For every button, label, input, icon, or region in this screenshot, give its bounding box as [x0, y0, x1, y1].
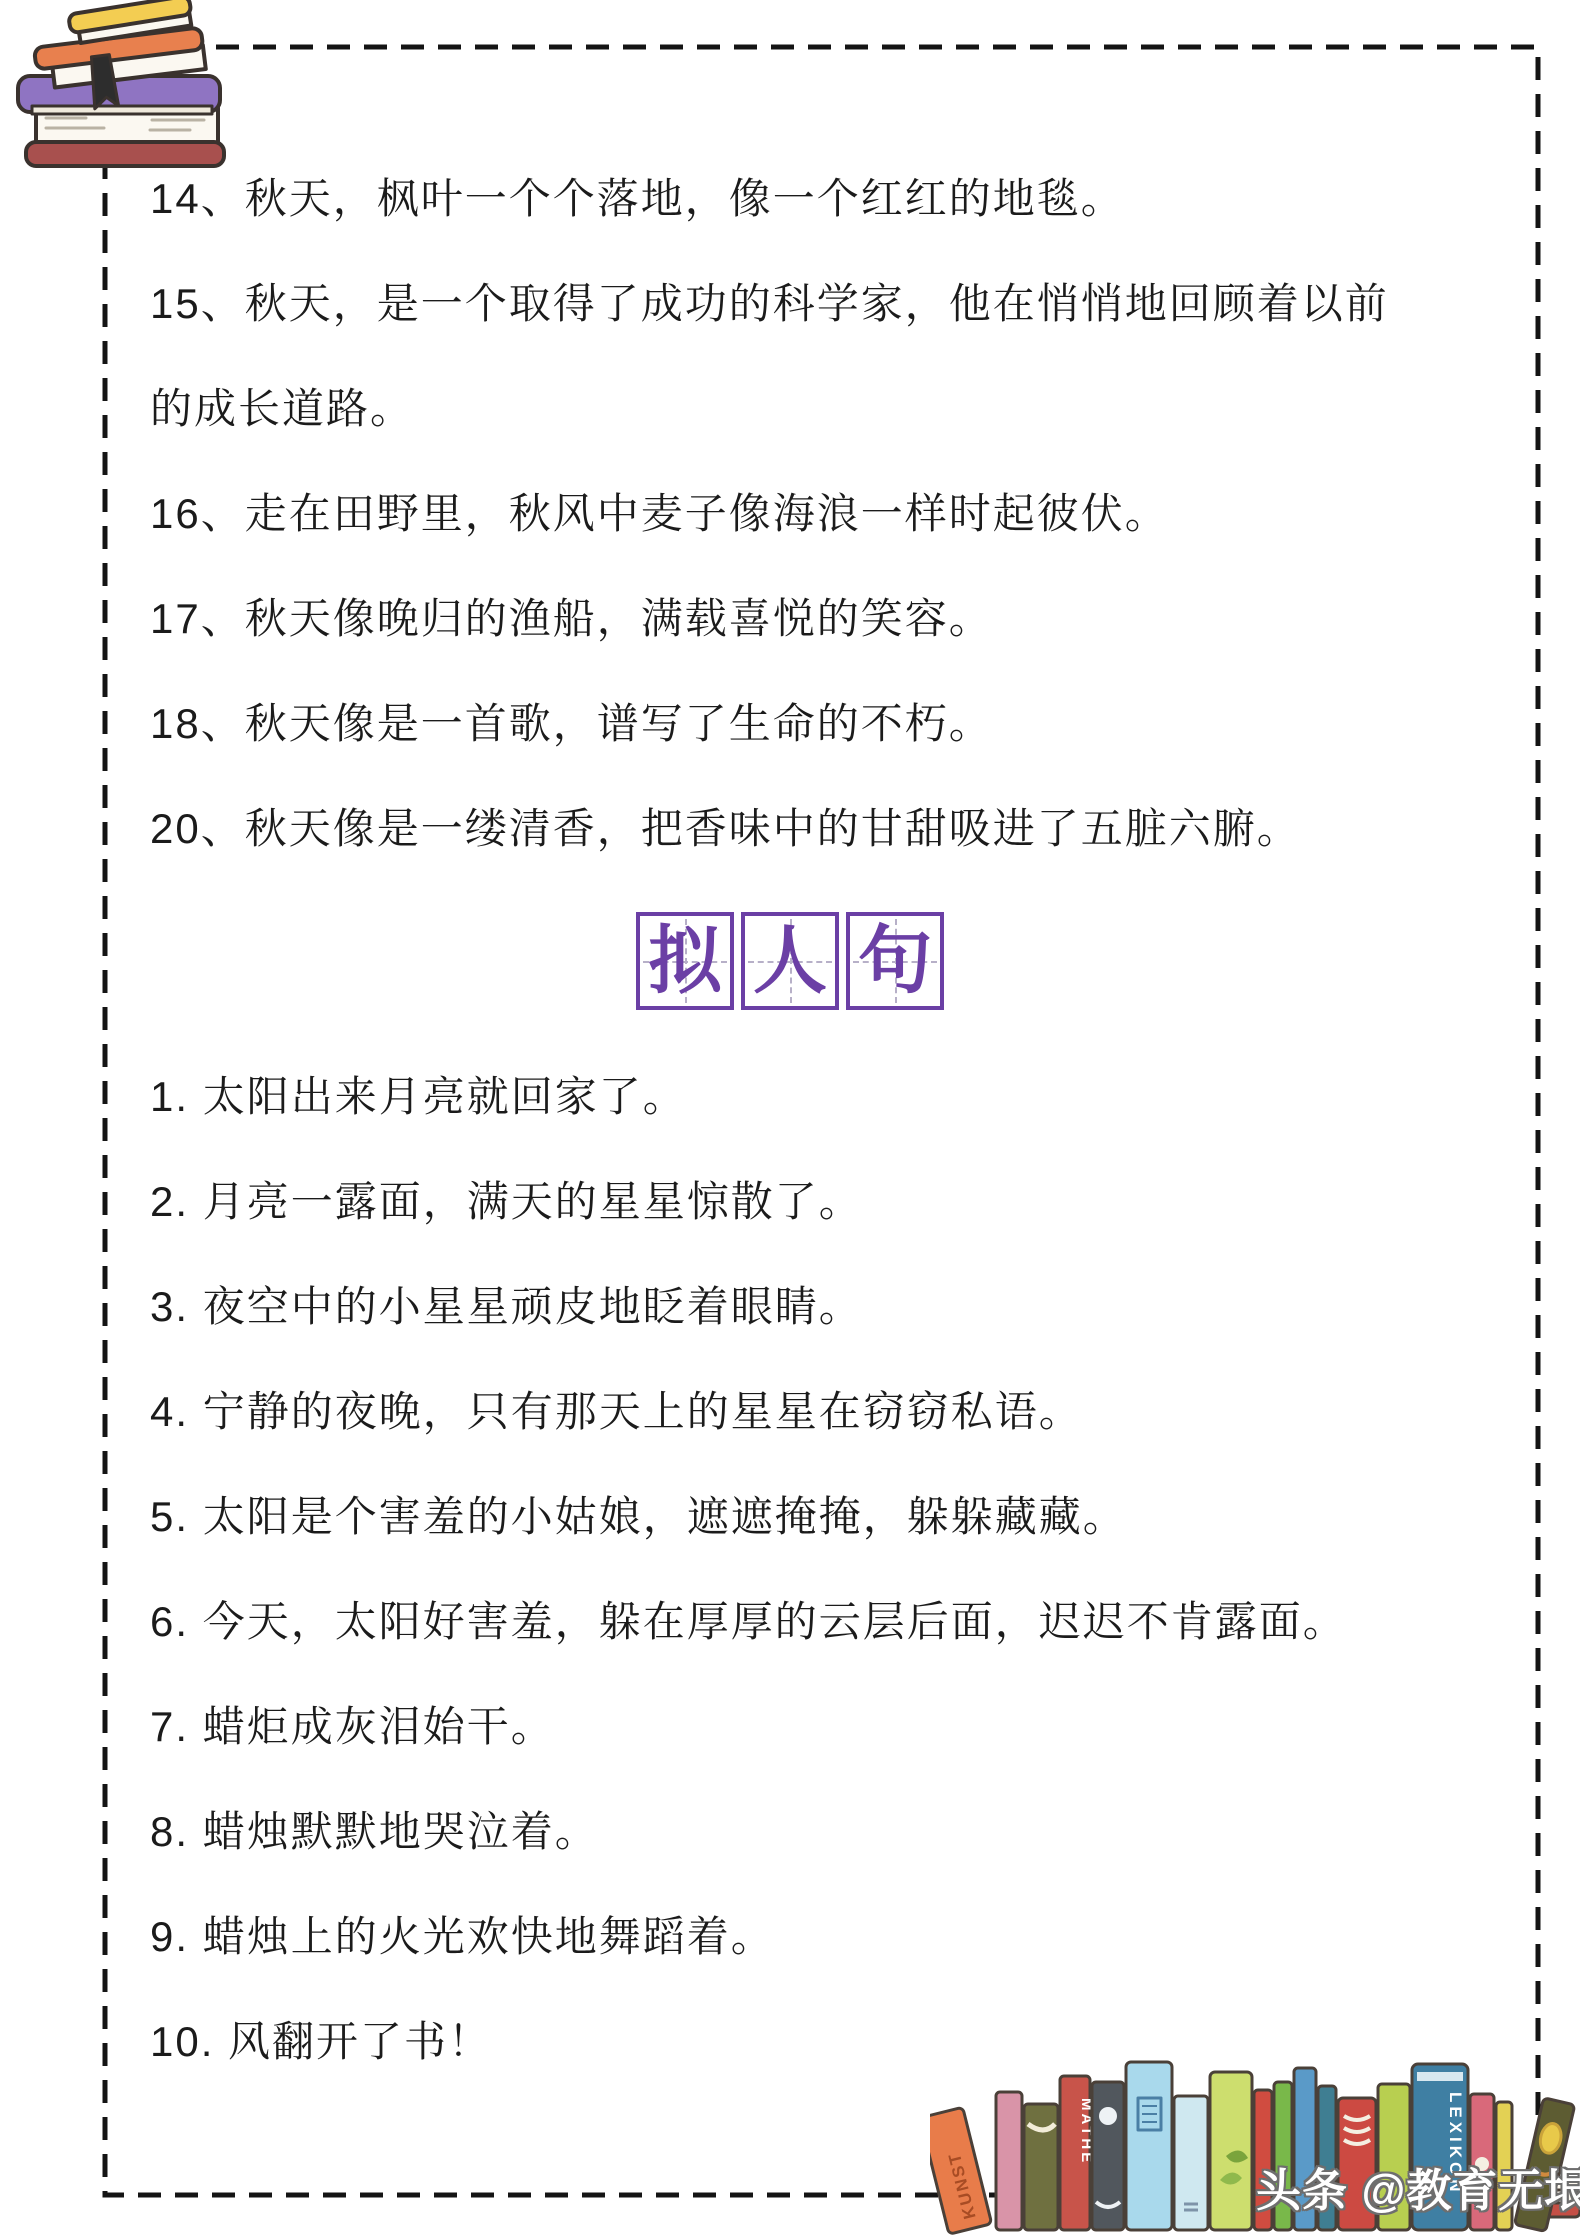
book-spine — [1210, 2072, 1252, 2230]
personification-item-1: 1. 太阳出来月亮就回家了。 — [150, 1044, 1402, 1149]
worksheet-page: 14、秋天，枫叶一个个落地，像一个红红的地毯。 15、秋天，是一个取得了成功的科… — [0, 0, 1580, 2237]
simile-item-16: 16、走在田野里，秋风中麦子像海浪一样时起彼伏。 — [150, 461, 1402, 566]
section-title-personification: 拟 人 句 — [0, 912, 1580, 1010]
title-char: 拟 — [648, 924, 722, 998]
simile-sentence-list: 14、秋天，枫叶一个个落地，像一个红红的地毯。 15、秋天，是一个取得了成功的科… — [150, 146, 1402, 881]
personification-item-4: 4. 宁静的夜晚，只有那天上的星星在窃窃私语。 — [150, 1359, 1402, 1464]
personification-item-6: 6. 今天，太阳好害羞，躲在厚厚的云层后面，迟迟不肯露面。 — [150, 1569, 1402, 1674]
personification-item-8: 8. 蜡烛默默地哭泣着。 — [150, 1779, 1402, 1884]
title-char-box: 拟 — [636, 912, 734, 1010]
personification-item-2: 2. 月亮一露面，满天的星星惊散了。 — [150, 1149, 1402, 1254]
personification-item-9: 9. 蜡烛上的火光欢快地舞蹈着。 — [150, 1884, 1402, 1989]
simile-item-14: 14、秋天，枫叶一个个落地，像一个红红的地毯。 — [150, 146, 1402, 251]
simile-item-20: 20、秋天像是一缕清香，把香味中的甘甜吸进了五脏六腑。 — [150, 776, 1402, 881]
simile-item-18: 18、秋天像是一首歌，谱写了生命的不朽。 — [150, 671, 1402, 776]
title-char-box: 句 — [846, 912, 944, 1010]
title-char: 句 — [858, 924, 932, 998]
personification-sentence-list: 1. 太阳出来月亮就回家了。 2. 月亮一露面，满天的星星惊散了。 3. 夜空中… — [150, 1044, 1402, 2094]
simile-item-17: 17、秋天像晚归的渔船，满载喜悦的笑容。 — [150, 566, 1402, 671]
personification-item-3: 3. 夜空中的小星星顽皮地眨着眼睛。 — [150, 1254, 1402, 1359]
simile-item-15: 15、秋天，是一个取得了成功的科学家，他在悄悄地回顾着以前的成长道路。 — [150, 251, 1402, 461]
watermark: 头条 @教育无垠 — [1256, 2154, 1580, 2219]
book-spine — [1126, 2062, 1172, 2230]
personification-item-5: 5. 太阳是个害羞的小姑娘，遮遮掩掩，躲躲藏藏。 — [150, 1464, 1402, 1569]
book-spine — [996, 2092, 1022, 2230]
book-pages — [32, 106, 212, 114]
personification-item-7: 7. 蜡炬成灰泪始干。 — [150, 1674, 1402, 1779]
title-char-box: 人 — [741, 912, 839, 1010]
title-char: 人 — [753, 924, 827, 998]
